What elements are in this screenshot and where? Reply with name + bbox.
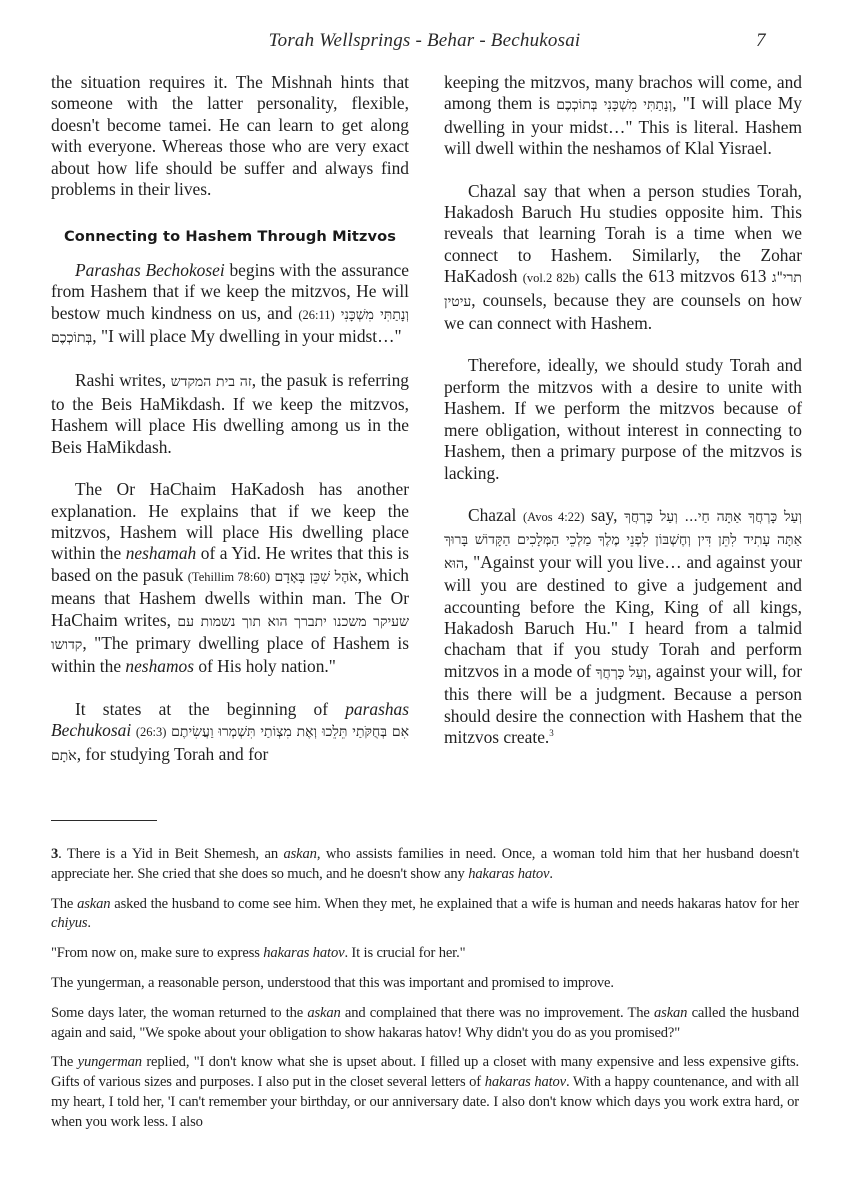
footnote-paragraph: The yungerman, a reasonable person, unde…: [51, 974, 799, 994]
citation: (Avos 4:22): [523, 510, 584, 524]
section-heading: Connecting to Hashem Through Mitzvos: [51, 226, 409, 247]
paragraph: Parashas Bechokosei begins with the assu…: [51, 260, 409, 350]
paragraph: Chazal (Avos 4:22) say, וְעַל כָּרְחֲךָ …: [444, 505, 802, 748]
paragraph: keeping the mitzvos, many brachos will c…: [444, 72, 802, 160]
italic-term: hakaras hatov: [468, 866, 549, 882]
text: The: [51, 1054, 78, 1070]
text: of His holy nation.": [194, 656, 336, 676]
footnote-divider: [51, 820, 157, 821]
text: It states at the beginning of: [75, 699, 345, 719]
italic-term: hakaras hatov: [263, 945, 344, 961]
text: and complained that there was no improve…: [341, 1005, 654, 1021]
footnote-paragraph: Some days later, the woman returned to t…: [51, 1004, 799, 1044]
left-column: the situation requires it. The Mishnah h…: [51, 72, 409, 788]
italic-term: askan: [307, 1005, 340, 1021]
italic-term: askan: [284, 846, 317, 862]
text: asked the husband to come see him. When …: [110, 896, 799, 912]
footnote-paragraph: "From now on, make sure to express hakar…: [51, 944, 799, 964]
paragraph: It states at the beginning of parashas B…: [51, 699, 409, 767]
text: , "I will place My dwelling in your mids…: [92, 326, 401, 346]
text: . It is crucial for her.": [344, 945, 465, 961]
italic-term: askan: [77, 896, 110, 912]
hebrew-quote: זה בית המקדש: [171, 374, 252, 390]
text: , for studying Torah and for: [77, 744, 269, 764]
hebrew-quote: אֹהֶל שִׁכֵּן בָּאָדָם: [275, 569, 358, 585]
paragraph: Rashi writes, זה בית המקדש, the pasuk is…: [51, 370, 409, 458]
italic-term: hakaras hatov: [485, 1074, 566, 1090]
text: "From now on, make sure to express: [51, 945, 263, 961]
text: calls the 613 mitzvos 613: [579, 266, 772, 286]
hebrew-quote: וְנָתַתִּי מִשְׁכָּנִי בְּתוֹכְכֶם: [556, 97, 672, 113]
text: The: [51, 896, 77, 912]
footnote-reference[interactable]: 3: [549, 728, 554, 738]
hebrew-quote: וְעַל כָּרְחֲךָ: [596, 665, 647, 681]
italic-term: chiyus: [51, 915, 87, 931]
running-title: Torah Wellsprings - Behar - Bechukosai: [0, 30, 849, 52]
right-column: keeping the mitzvos, many brachos will c…: [444, 72, 802, 769]
citation: (26:11): [298, 308, 334, 322]
text: Chazal: [468, 505, 523, 525]
text: .: [549, 866, 553, 882]
text: . There is a Yid in Beit Shemesh, an: [58, 846, 283, 862]
document-page: Torah Wellsprings - Behar - Bechukosai 7…: [0, 0, 849, 1200]
text: say,: [584, 505, 624, 525]
running-header: Torah Wellsprings - Behar - Bechukosai 7: [0, 30, 849, 54]
italic-term: Parashas Bechokosei: [75, 260, 225, 280]
paragraph: the situation requires it. The Mishnah h…: [51, 72, 409, 200]
italic-term: neshamos: [125, 656, 194, 676]
footnote-paragraph: 3. There is a Yid in Beit Shemesh, an as…: [51, 845, 799, 885]
text: , counsels, because they are counsels on…: [444, 290, 802, 333]
citation: (Tehillim 78:60): [188, 570, 270, 584]
footnote-paragraph: The askan asked the husband to come see …: [51, 895, 799, 935]
text: .: [87, 915, 91, 931]
italic-term: neshamah: [126, 543, 197, 563]
footnotes: 3. There is a Yid in Beit Shemesh, an as…: [51, 845, 799, 1143]
text: Rashi writes,: [75, 370, 171, 390]
citation: (26:3): [136, 725, 167, 739]
citation: (vol.2 82b): [523, 271, 580, 285]
page-number: 7: [756, 30, 766, 52]
text: Some days later, the woman returned to t…: [51, 1005, 307, 1021]
paragraph: Therefore, ideally, we should study Tora…: [444, 355, 802, 483]
paragraph: The Or HaChaim HaKadosh has another expl…: [51, 479, 409, 678]
italic-term: askan: [654, 1005, 687, 1021]
paragraph: Chazal say that when a person studies To…: [444, 181, 802, 335]
italic-term: yungerman: [78, 1054, 142, 1070]
footnote-paragraph: The yungerman replied, "I don't know wha…: [51, 1053, 799, 1132]
